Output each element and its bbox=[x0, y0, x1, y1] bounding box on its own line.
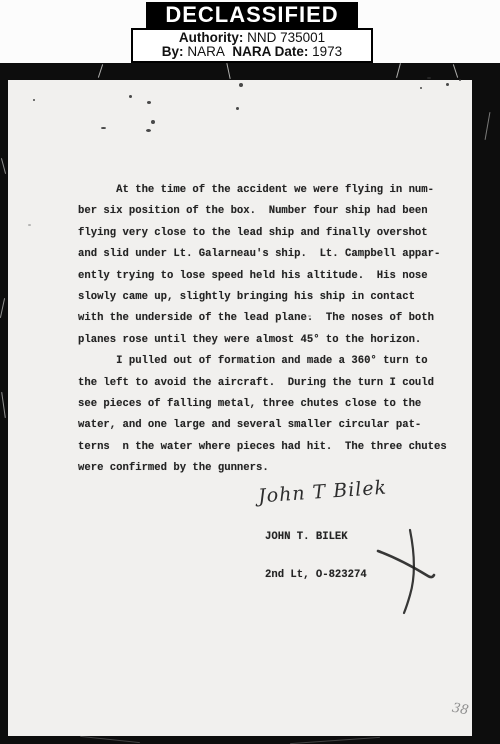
scan-scratch bbox=[1, 158, 6, 174]
declassified-stamp: DECLASSIFIED Authority: NND 735001 By: N… bbox=[131, 2, 373, 63]
statement-line: and slid under Lt. Galarneau's ship. Lt.… bbox=[78, 244, 447, 265]
statement-line: I pulled out of formation and made a 360… bbox=[78, 351, 447, 372]
statement-line: At the time of the accident we were flyi… bbox=[78, 180, 447, 201]
stamp-by-line: By: NARA NARA Date: 1973 bbox=[133, 45, 371, 59]
paper-speck bbox=[33, 99, 35, 101]
scan-scratch bbox=[485, 112, 491, 140]
statement-line: with the underside of the lead plane. Th… bbox=[78, 308, 447, 329]
stamp-date-label: NARA Date: bbox=[232, 44, 308, 59]
stamp-info-box: Authority: NND 735001 By: NARA NARA Date… bbox=[131, 28, 373, 63]
paper-speck bbox=[101, 127, 106, 129]
paper-speck bbox=[446, 83, 449, 86]
signature-typed-block: JOHN T. BILEK 2nd Lt, O-823274 bbox=[265, 506, 367, 606]
statement-line: terns n the water where pieces had hit. … bbox=[78, 437, 447, 458]
statement-line: see pieces of falling metal, three chute… bbox=[78, 394, 447, 415]
paper-speck bbox=[146, 129, 151, 132]
paper-speck bbox=[239, 83, 243, 87]
scan-scratch bbox=[453, 64, 458, 78]
stamp-by-label: By: bbox=[162, 44, 184, 59]
scan-scratch bbox=[1, 392, 6, 418]
stamp-by-value: NARA bbox=[187, 44, 225, 59]
statement-line: slowly came up, slightly bringing his sh… bbox=[78, 287, 447, 308]
paper-speck bbox=[420, 87, 422, 89]
statement-text: At the time of the accident we were flyi… bbox=[78, 180, 447, 479]
paper-speck bbox=[129, 95, 132, 98]
statement-line: water, and one large and several smaller… bbox=[78, 415, 447, 436]
signature-rank: 2nd Lt, O-823274 bbox=[265, 569, 367, 582]
stamp-date-value: 1973 bbox=[312, 44, 342, 59]
paper-speck bbox=[308, 315, 311, 317]
paper-speck bbox=[151, 120, 155, 124]
statement-line: ber six position of the box. Number four… bbox=[78, 201, 447, 222]
page-number: 38 bbox=[451, 701, 470, 719]
paper-speck bbox=[147, 101, 151, 104]
statement-line: the left to avoid the aircraft. During t… bbox=[78, 373, 447, 394]
paper-speck bbox=[427, 77, 431, 79]
scan-scratch bbox=[396, 63, 401, 78]
paper-speck bbox=[459, 79, 461, 81]
paper-speck bbox=[236, 107, 239, 110]
scan-scratch bbox=[290, 737, 380, 744]
scan-scratch bbox=[0, 298, 5, 318]
stamp-authority-line: Authority: NND 735001 bbox=[133, 31, 371, 45]
stamp-authority-label: Authority: bbox=[179, 30, 244, 45]
handwritten-x-mark bbox=[370, 520, 460, 620]
scan-scratch bbox=[98, 64, 103, 78]
statement-line: ently trying to lose speed held his alti… bbox=[78, 266, 447, 287]
scan-scratch bbox=[80, 736, 140, 743]
signature-name: JOHN T. BILEK bbox=[265, 531, 367, 544]
statement-line: flying very close to the lead ship and f… bbox=[78, 223, 447, 244]
statement-line: were confirmed by the gunners. bbox=[78, 458, 447, 479]
scan-scratch bbox=[226, 63, 230, 79]
stamp-authority-value: NND 735001 bbox=[247, 30, 325, 45]
paper-speck bbox=[28, 224, 31, 226]
statement-line: planes rose until they were almost 45° t… bbox=[78, 330, 447, 351]
stamp-title: DECLASSIFIED bbox=[146, 2, 358, 28]
declassified-document-page: DECLASSIFIED Authority: NND 735001 By: N… bbox=[0, 0, 500, 744]
